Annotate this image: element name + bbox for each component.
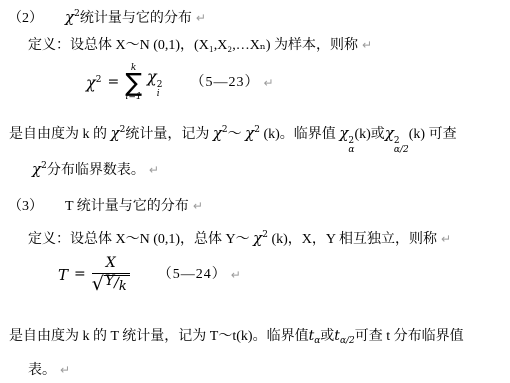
- radicand: Y∕k: [104, 275, 130, 291]
- chi-square-paragraph-line2: χ2分布临界数表。↵: [32, 160, 159, 180]
- formula-lhs: χ2: [86, 73, 101, 94]
- subscript: α/2: [394, 146, 409, 155]
- paragraph-return-icon: ↵: [362, 38, 372, 52]
- heading-number: （3）: [8, 199, 43, 214]
- formula-term: χ2i: [147, 67, 162, 99]
- t-statistic-definition: 定义：设总体 X～N (0,1)，总体 Y～ χ2 (k)，X，Y 相互独立，则…: [28, 229, 451, 249]
- t-statistic-paragraph-line1: 是自由度为 k 的 T 统计量，记为 T～t(k)。临界值tα或tα/2可查 t…: [9, 328, 464, 347]
- chi-alpha-half-scripts: 2α/2: [394, 137, 409, 155]
- formula-5-23: χ2 = k ∑ i=1 χ2i （5—23） ↵: [86, 64, 274, 102]
- radicand-k: k: [119, 279, 127, 294]
- paragraph-return-icon: ↵: [441, 232, 451, 246]
- text-segment: (k)。临界值: [260, 127, 339, 142]
- sigma-icon: ∑: [125, 73, 142, 93]
- equation-number: （5—23）: [190, 74, 259, 92]
- paragraph-return-icon: ↵: [263, 76, 273, 91]
- fraction-denominator: √Y∕k: [92, 273, 130, 294]
- chi-symbol: χ: [147, 67, 157, 86]
- text-segment: (k)或: [354, 127, 384, 142]
- tilde: ～: [228, 127, 246, 142]
- radicand-y: Y: [105, 273, 114, 289]
- chi-symbol: χ: [65, 8, 74, 26]
- heading-title: T 统计量与它的分布: [65, 199, 189, 214]
- t-alpha-half-subscript: α/2: [340, 336, 355, 346]
- sum-lower-limit: i=1: [126, 93, 142, 102]
- heading-title: 统计量与它的分布: [80, 11, 192, 26]
- equals-sign: =: [74, 266, 86, 284]
- term-scripts: 2i: [157, 81, 163, 99]
- document-page: （2）χ2统计量与它的分布↵ 定义：设总体 X～N (0,1)，(X₁,X₂,……: [0, 0, 510, 383]
- chi-symbol: χ: [253, 229, 262, 247]
- section-chi-square-heading: （2）χ2统计量与它的分布↵: [8, 8, 206, 28]
- chi-symbol: χ: [385, 124, 394, 142]
- paragraph-return-icon: ↵: [231, 268, 241, 283]
- equation-number: （5—24）: [158, 266, 227, 284]
- text-segment: 分布临界数表。: [47, 163, 145, 178]
- text-segment: 是自由度为 k 的 T 统计量，记为 T～t(k)。临界值: [9, 329, 309, 344]
- fraction-numerator: X: [92, 256, 130, 273]
- chi-symbol: χ: [111, 124, 120, 142]
- text-segment: 统计量，记为: [125, 127, 213, 142]
- text-segment: 定义：设总体 X～N (0,1)，总体 Y～: [28, 232, 253, 247]
- chi-square-definition: 定义：设总体 X～N (0,1)，(X₁,X₂,…Xₙ) 为样本，则称↵: [28, 37, 372, 55]
- section-t-statistic-heading: （3）T 统计量与它的分布↵: [8, 198, 203, 216]
- chi-symbol: χ: [32, 160, 41, 178]
- paragraph-return-icon: ↵: [193, 199, 203, 213]
- text-segment: (k)，X，Y 相互独立，则称: [268, 232, 437, 247]
- text-segment: 可查 t 分布临界值: [355, 329, 464, 344]
- text-segment: 表。: [28, 363, 56, 378]
- paragraph-return-icon: ↵: [60, 363, 70, 377]
- paragraph-return-icon: ↵: [196, 11, 206, 25]
- summation: k ∑ i=1: [125, 64, 142, 102]
- text-segment: 或: [320, 329, 334, 344]
- t-statistic-paragraph-line2: 表。↵: [28, 362, 70, 380]
- definition-text: 定义：设总体 X～N (0,1)，(X₁,X₂,…Xₙ) 为样本，则称: [28, 38, 358, 53]
- formula-lhs: T: [58, 266, 68, 285]
- chi-symbol: χ: [86, 73, 96, 92]
- radical-icon: √: [92, 275, 104, 294]
- text-segment: (k) 可查: [409, 127, 457, 142]
- chi-superscript: 2: [96, 75, 102, 85]
- term-subscript: i: [157, 90, 160, 99]
- formula-5-24: T = X √Y∕k （5—24） ↵: [58, 256, 241, 294]
- chi-symbol: χ: [245, 124, 254, 142]
- paragraph-return-icon: ↵: [149, 163, 159, 177]
- heading-number: （2）: [8, 11, 43, 26]
- fraction: X √Y∕k: [92, 256, 130, 294]
- chi-symbol: χ: [213, 124, 222, 142]
- subscript: α: [348, 146, 354, 155]
- text-segment: 是自由度为 k 的: [9, 127, 111, 142]
- equals-sign: =: [107, 74, 119, 92]
- chi-symbol: χ: [339, 124, 348, 142]
- chi-square-paragraph-line1: 是自由度为 k 的 χ2统计量，记为 χ2～ χ2 (k)。临界值 χ2α(k)…: [9, 124, 457, 155]
